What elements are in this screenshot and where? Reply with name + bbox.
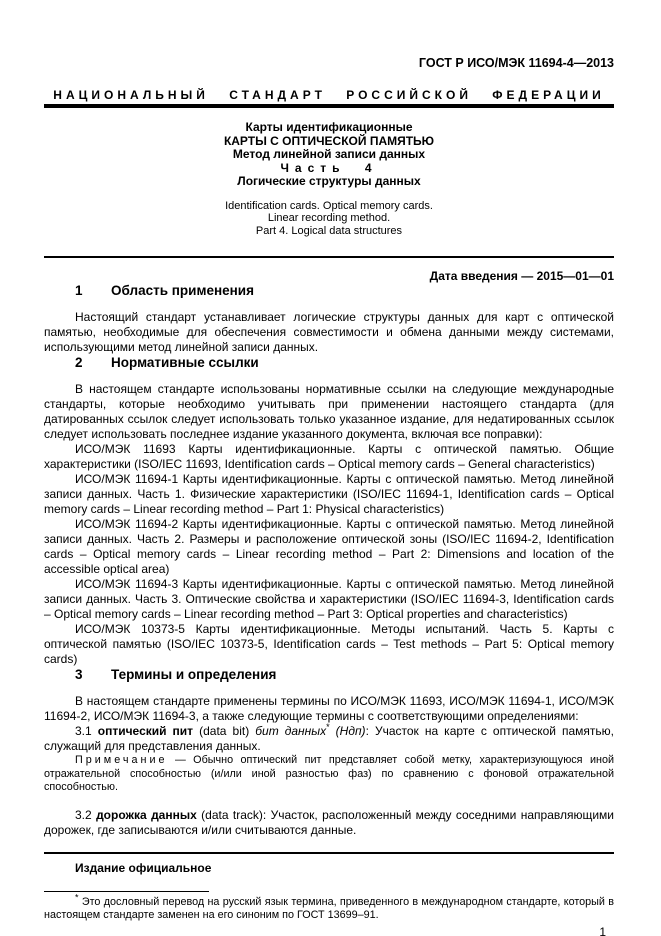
title-line-1: Карты идентификационные bbox=[44, 121, 614, 135]
section-1-heading: 1Область применения bbox=[44, 283, 614, 298]
edition-rule bbox=[44, 852, 614, 854]
national-standard-heading: НАЦИОНАЛЬНЫЙ СТАНДАРТ РОССИЙСКОЙ ФЕДЕРАЦ… bbox=[44, 88, 614, 102]
section-1-title: Область применения bbox=[111, 283, 254, 298]
reference-item: ИСО/МЭК 11694-2 Карты идентификационные.… bbox=[44, 517, 614, 577]
page-number: 1 bbox=[44, 925, 614, 936]
section-2-number: 2 bbox=[75, 355, 111, 370]
term-3-1-english: (data bit) bbox=[199, 724, 249, 738]
term-3-2-number: 3.2 bbox=[75, 808, 92, 822]
en-title-line-1: Identification cards. Optical memory car… bbox=[44, 200, 614, 213]
section-3-heading: 3Термины и определения bbox=[44, 667, 614, 682]
term-3-1-number: 3.1 bbox=[75, 724, 92, 738]
title-block-ru: Карты идентификационные КАРТЫ С ОПТИЧЕСК… bbox=[44, 121, 614, 189]
document-page: ГОСТ Р ИСО/МЭК 11694-4—2013 НАЦИОНАЛЬНЫЙ… bbox=[0, 0, 661, 936]
section-2-intro: В настоящем стандарте использованы норма… bbox=[44, 382, 614, 442]
reference-item: ИСО/МЭК 10373-5 Карты идентификационные.… bbox=[44, 622, 614, 667]
term-definition-3-2: 3.2 дорожка данных (data track): Участок… bbox=[44, 808, 614, 838]
term-3-2-english: (data track) bbox=[201, 808, 263, 822]
section-2-heading: 2Нормативные ссылки bbox=[44, 355, 614, 370]
footnote-separator-rule bbox=[44, 891, 209, 892]
title-part-line: Часть 4 bbox=[44, 162, 614, 176]
edition-official-label: Издание официальное bbox=[44, 861, 614, 875]
title-line-3: Метод линейной записи данных bbox=[44, 148, 614, 162]
en-title-line-2: Linear recording method. bbox=[44, 212, 614, 225]
section-1-number: 1 bbox=[75, 283, 111, 298]
section-3-title: Термины и определения bbox=[111, 667, 276, 682]
title-divider-rule bbox=[44, 256, 614, 258]
term-3-2-term: дорожка данных bbox=[96, 808, 197, 822]
term-3-1-deprecated-mark: (Ндп) bbox=[336, 724, 366, 738]
standard-code: ГОСТ Р ИСО/МЭК 11694-4—2013 bbox=[44, 56, 614, 70]
effective-date: Дата введения — 2015—01—01 bbox=[44, 269, 614, 283]
term-3-1-term: оптический пит bbox=[98, 724, 193, 738]
reference-item: ИСО/МЭК 11694-1 Карты идентификационные.… bbox=[44, 472, 614, 517]
title-line-5: Логические структуры данных bbox=[44, 175, 614, 189]
section-2-title: Нормативные ссылки bbox=[111, 355, 259, 370]
footnote-reference-mark: * bbox=[326, 722, 330, 732]
reference-item: ИСО/МЭК 11694-3 Карты идентификационные.… bbox=[44, 577, 614, 622]
reference-item: ИСО/МЭК 11693 Карты идентификационные. К… bbox=[44, 442, 614, 472]
title-block-en: Identification cards. Optical memory car… bbox=[44, 200, 614, 238]
footnote-asterisk: * bbox=[75, 892, 79, 902]
section-3-intro: В настоящем стандарте применены термины … bbox=[44, 694, 614, 724]
term-3-1-synonym: бит данных bbox=[255, 724, 326, 738]
term-3-1-note: Примечание — Обычно оптический пит предс… bbox=[44, 754, 614, 795]
en-title-line-3: Part 4. Logical data structures bbox=[44, 225, 614, 238]
header-rule bbox=[44, 104, 614, 108]
title-line-2: КАРТЫ С ОПТИЧЕСКОЙ ПАМЯТЬЮ bbox=[44, 135, 614, 149]
footnote: * Это дословный перевод на русский язык … bbox=[44, 896, 614, 923]
section-1-paragraph: Настоящий стандарт устанавливает логичес… bbox=[44, 310, 614, 355]
section-3-number: 3 bbox=[75, 667, 111, 682]
note-label: Примечание bbox=[75, 754, 168, 766]
term-definition-3-1: 3.1 оптический пит (data bit) бит данных… bbox=[44, 724, 614, 754]
footnote-text: Это дословный перевод на русский язык те… bbox=[44, 896, 614, 922]
